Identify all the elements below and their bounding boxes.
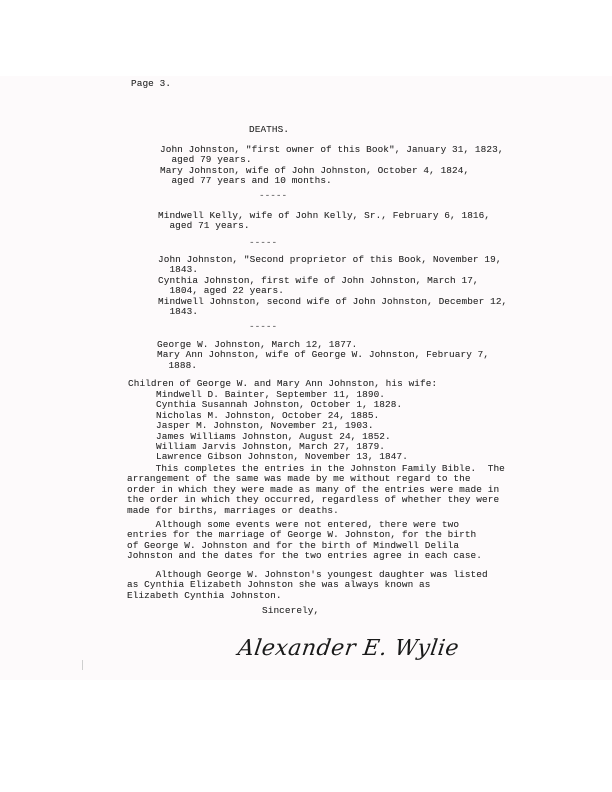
paragraph-bible-entries: This completes the entries in the Johnst… bbox=[127, 464, 505, 516]
children-list: Mindwell D. Bainter, September 11, 1890.… bbox=[156, 390, 408, 463]
deaths-group-4: George W. Johnston, March 12, 1877. Mary… bbox=[157, 340, 489, 371]
separator: ----- bbox=[249, 237, 277, 248]
valediction: Sincerely, bbox=[262, 606, 319, 616]
handwritten-signature: Alexander E. Wylie bbox=[236, 636, 460, 661]
deaths-group-3: John Johnston, "Second proprietor of thi… bbox=[158, 255, 507, 317]
paragraph-duplicate-entries: Although some events were not entered, t… bbox=[127, 520, 482, 562]
children-heading: Children of George W. and Mary Ann Johns… bbox=[128, 379, 437, 389]
paragraph-youngest-daughter: Although George W. Johnston's youngest d… bbox=[127, 570, 488, 601]
separator: ----- bbox=[249, 321, 277, 332]
page-number: Page 3. bbox=[131, 79, 171, 89]
separator: ----- bbox=[259, 190, 287, 201]
margin-mark bbox=[82, 660, 83, 670]
section-heading-deaths: DEATHS. bbox=[249, 125, 289, 135]
deaths-group-1: John Johnston, "first owner of this Book… bbox=[160, 145, 504, 187]
deaths-group-2: Mindwell Kelly, wife of John Kelly, Sr.,… bbox=[158, 211, 490, 232]
